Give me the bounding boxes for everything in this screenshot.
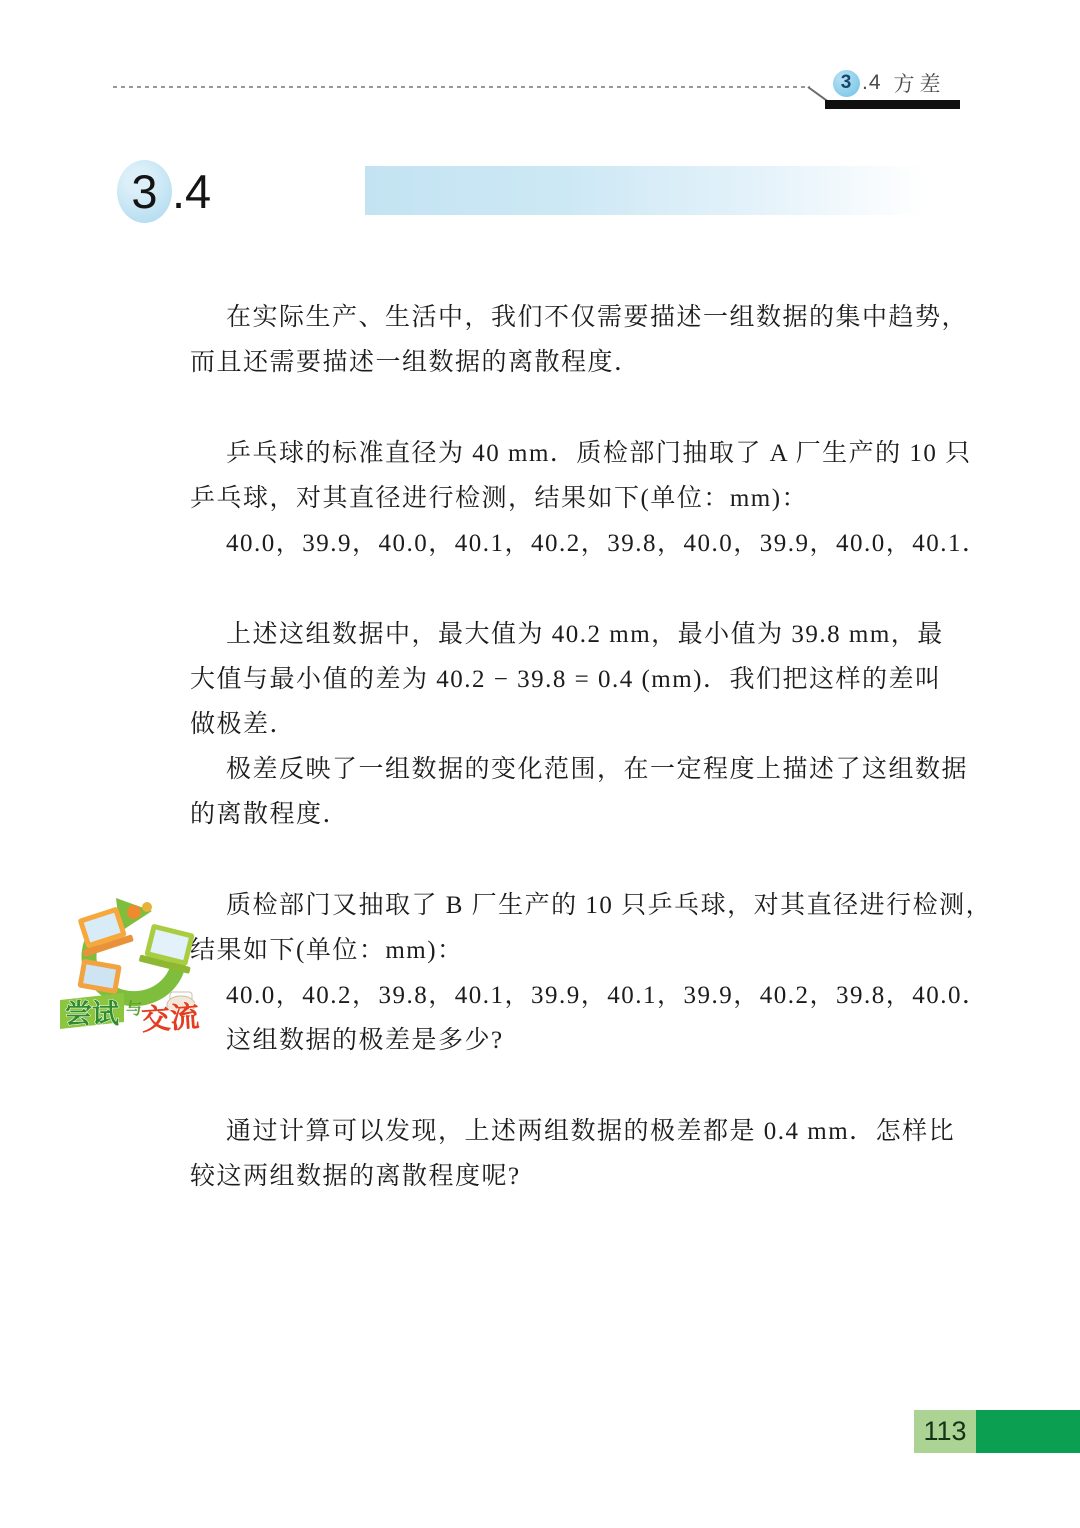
text-line: 质检部门又抽取了 B 厂生产的 10 只乒乓球，对其直径进行检测，	[190, 883, 968, 928]
text-line: 的离散程度．	[190, 792, 968, 837]
text-line: 40.0，39.9，40.0，40.1，40.2，39.8，40.0，39.9，…	[190, 521, 968, 566]
text-line: 而且还需要描述一组数据的离散程度．	[190, 340, 968, 385]
page-number-green-bar	[976, 1410, 1080, 1453]
badge-label-try: 尝试	[65, 999, 119, 1029]
section-number-suffix: .4	[172, 164, 211, 219]
try-and-exchange-icon: 尝试 与 交流	[58, 892, 212, 1038]
text-line: 乒乓球的标准直径为 40 mm．质检部门抽取了 A 厂生产的 10 只	[190, 431, 968, 476]
text-line: 做极差．	[190, 702, 968, 747]
paragraph: 质检部门又抽取了 B 厂生产的 10 只乒乓球，对其直径进行检测，结果如下(单位…	[190, 883, 968, 1063]
page-number-box: 113	[914, 1410, 976, 1453]
text-line: 通过计算可以发现，上述两组数据的极差都是 0.4 mm．怎样比	[190, 1109, 968, 1154]
running-header: 3 .4 方差	[833, 68, 946, 98]
text-line: 极差反映了一组数据的变化范围，在一定程度上描述了这组数据	[190, 747, 968, 792]
heading-gradient-bar	[365, 166, 943, 215]
text-line: 这组数据的极差是多少?	[190, 1018, 968, 1063]
header-dashed-rule	[113, 86, 810, 88]
header-section-suffix: .4	[862, 71, 882, 95]
badge-label-exchange: 交流	[140, 999, 200, 1037]
text-line: 40.0，40.2，39.8，40.1，39.9，40.1，39.9，40.2，…	[190, 973, 968, 1018]
section-number-circle: 3	[117, 160, 172, 223]
body-text-column: 在实际生产、生活中，我们不仅需要描述一组数据的集中趋势，而且还需要描述一组数据的…	[190, 295, 968, 1199]
text-line: 乒乓球，对其直径进行检测，结果如下(单位：mm)：	[190, 476, 968, 521]
text-line: 较这两组数据的离散程度呢?	[190, 1154, 968, 1199]
paragraph: 乒乓球的标准直径为 40 mm．质检部门抽取了 A 厂生产的 10 只乒乓球，对…	[190, 431, 968, 566]
paragraph: 极差反映了一组数据的变化范围，在一定程度上描述了这组数据的离散程度．	[190, 747, 968, 837]
text-line: 大值与最小值的差为 40.2 − 39.8 = 0.4 (mm)．我们把这样的差…	[190, 657, 968, 702]
textbook-page: 3 .4 方差 3 .4 在实际生产、生活中，我们不仅需要描述一组数据的集中趋势…	[0, 0, 1080, 1528]
header-black-bar	[825, 100, 960, 109]
header-section-title: 方差	[894, 68, 946, 98]
text-line: 在实际生产、生活中，我们不仅需要描述一组数据的集中趋势，	[190, 295, 968, 340]
paragraph: 在实际生产、生活中，我们不仅需要描述一组数据的集中趋势，而且还需要描述一组数据的…	[190, 295, 968, 385]
header-section-number-circle: 3	[833, 70, 860, 97]
text-line: 结果如下(单位：mm)：	[190, 928, 968, 973]
paragraph: 通过计算可以发现，上述两组数据的极差都是 0.4 mm．怎样比较这两组数据的离散…	[190, 1109, 968, 1199]
try-and-exchange-badge: 尝试 与 交流	[58, 892, 212, 1038]
paragraph: 上述这组数据中，最大值为 40.2 mm，最小值为 39.8 mm，最大值与最小…	[190, 612, 968, 747]
text-line: 上述这组数据中，最大值为 40.2 mm，最小值为 39.8 mm，最	[190, 612, 968, 657]
page-number: 113	[923, 1416, 966, 1447]
section-heading: 3 .4	[117, 160, 211, 223]
